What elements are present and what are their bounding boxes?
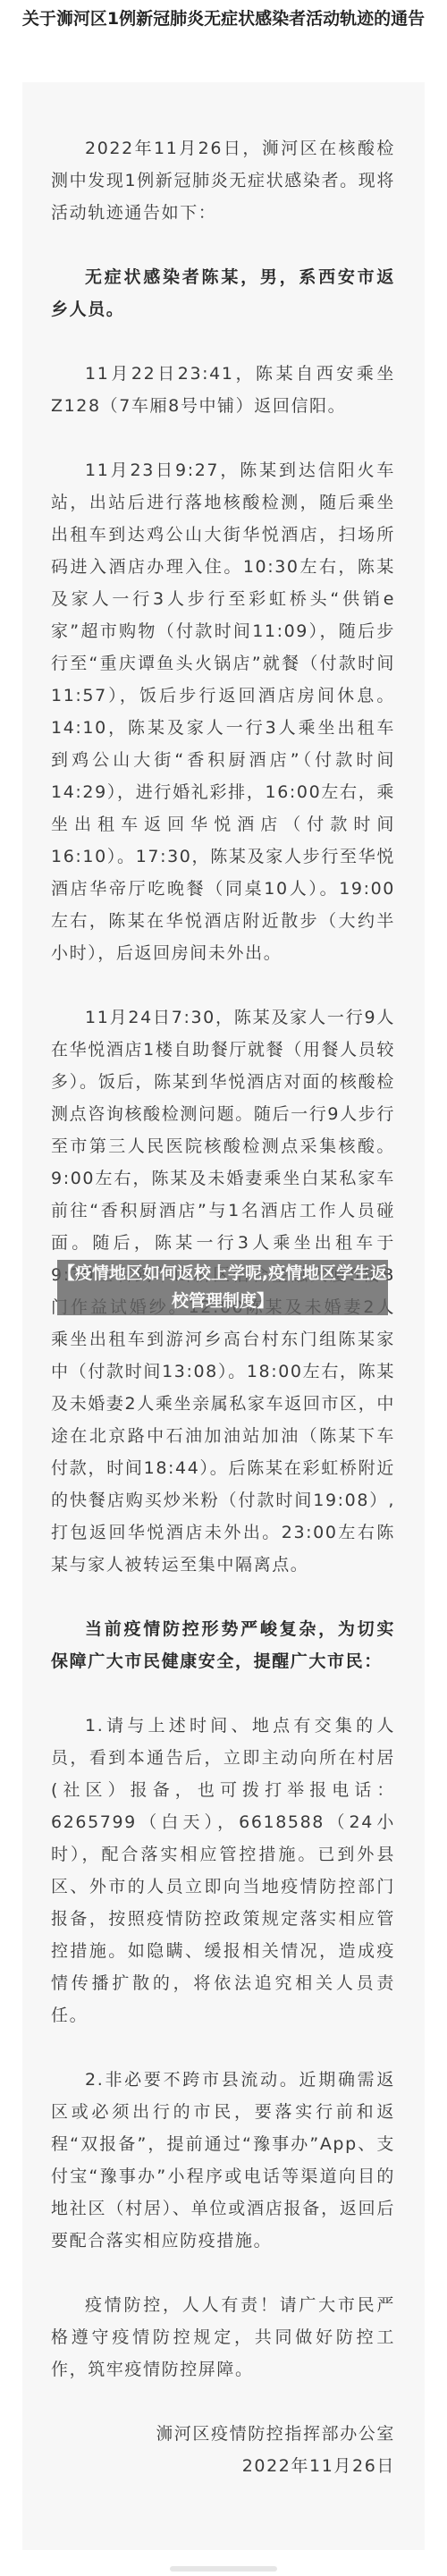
trajectory-nov22-paragraph: 11月22日23:41，陈某自西安乘坐Z128（7车厢8号中铺）返回信阳。: [51, 358, 395, 422]
trajectory-nov23-paragraph: 11月23日9:27，陈某到达信阳火车站，出站后进行落地核酸检测，随后乘坐出租车…: [51, 454, 395, 969]
case-summary-paragraph: 无症状感染者陈某，男，系西安市返乡人员。: [51, 261, 395, 325]
overlay-caption-banner: 【疫情地区如何返校上学呢,疫情地区学生返校管理制度】: [57, 1260, 388, 1315]
closing-paragraph: 疫情防控，人人有责！请广大市民严格遵守疫情防控规定，共同做好防控工作，筑牢疫情防…: [51, 2289, 395, 2386]
signature-office: 浉河区疫情防控指挥部办公室: [51, 2418, 395, 2450]
notice-title: 关于浉河区1例新冠肺炎无症状感染者活动轨迹的通告: [18, 5, 429, 32]
reminder-item-1: 1.请与上述时间、地点有交集的人员，看到本通告后，立即主动向所在村居(社区）报备…: [51, 1710, 395, 2031]
reminder-item-2: 2.非必要不跨市县流动。近期确需返区或必须出行的市民，要落实行前和返程“双报备”…: [51, 2064, 395, 2257]
footer-watermark: [170, 2566, 277, 2572]
signature-date: 2022年11月26日: [51, 2450, 395, 2482]
intro-paragraph: 2022年11月26日，浉河区在核酸检测中发现1例新冠肺炎无症状感染者。现将活动…: [51, 132, 395, 229]
reminder-heading-paragraph: 当前疫情防控形势严峻复杂，为切实保障广大市民健康安全，提醒广大市民：: [51, 1613, 395, 1677]
